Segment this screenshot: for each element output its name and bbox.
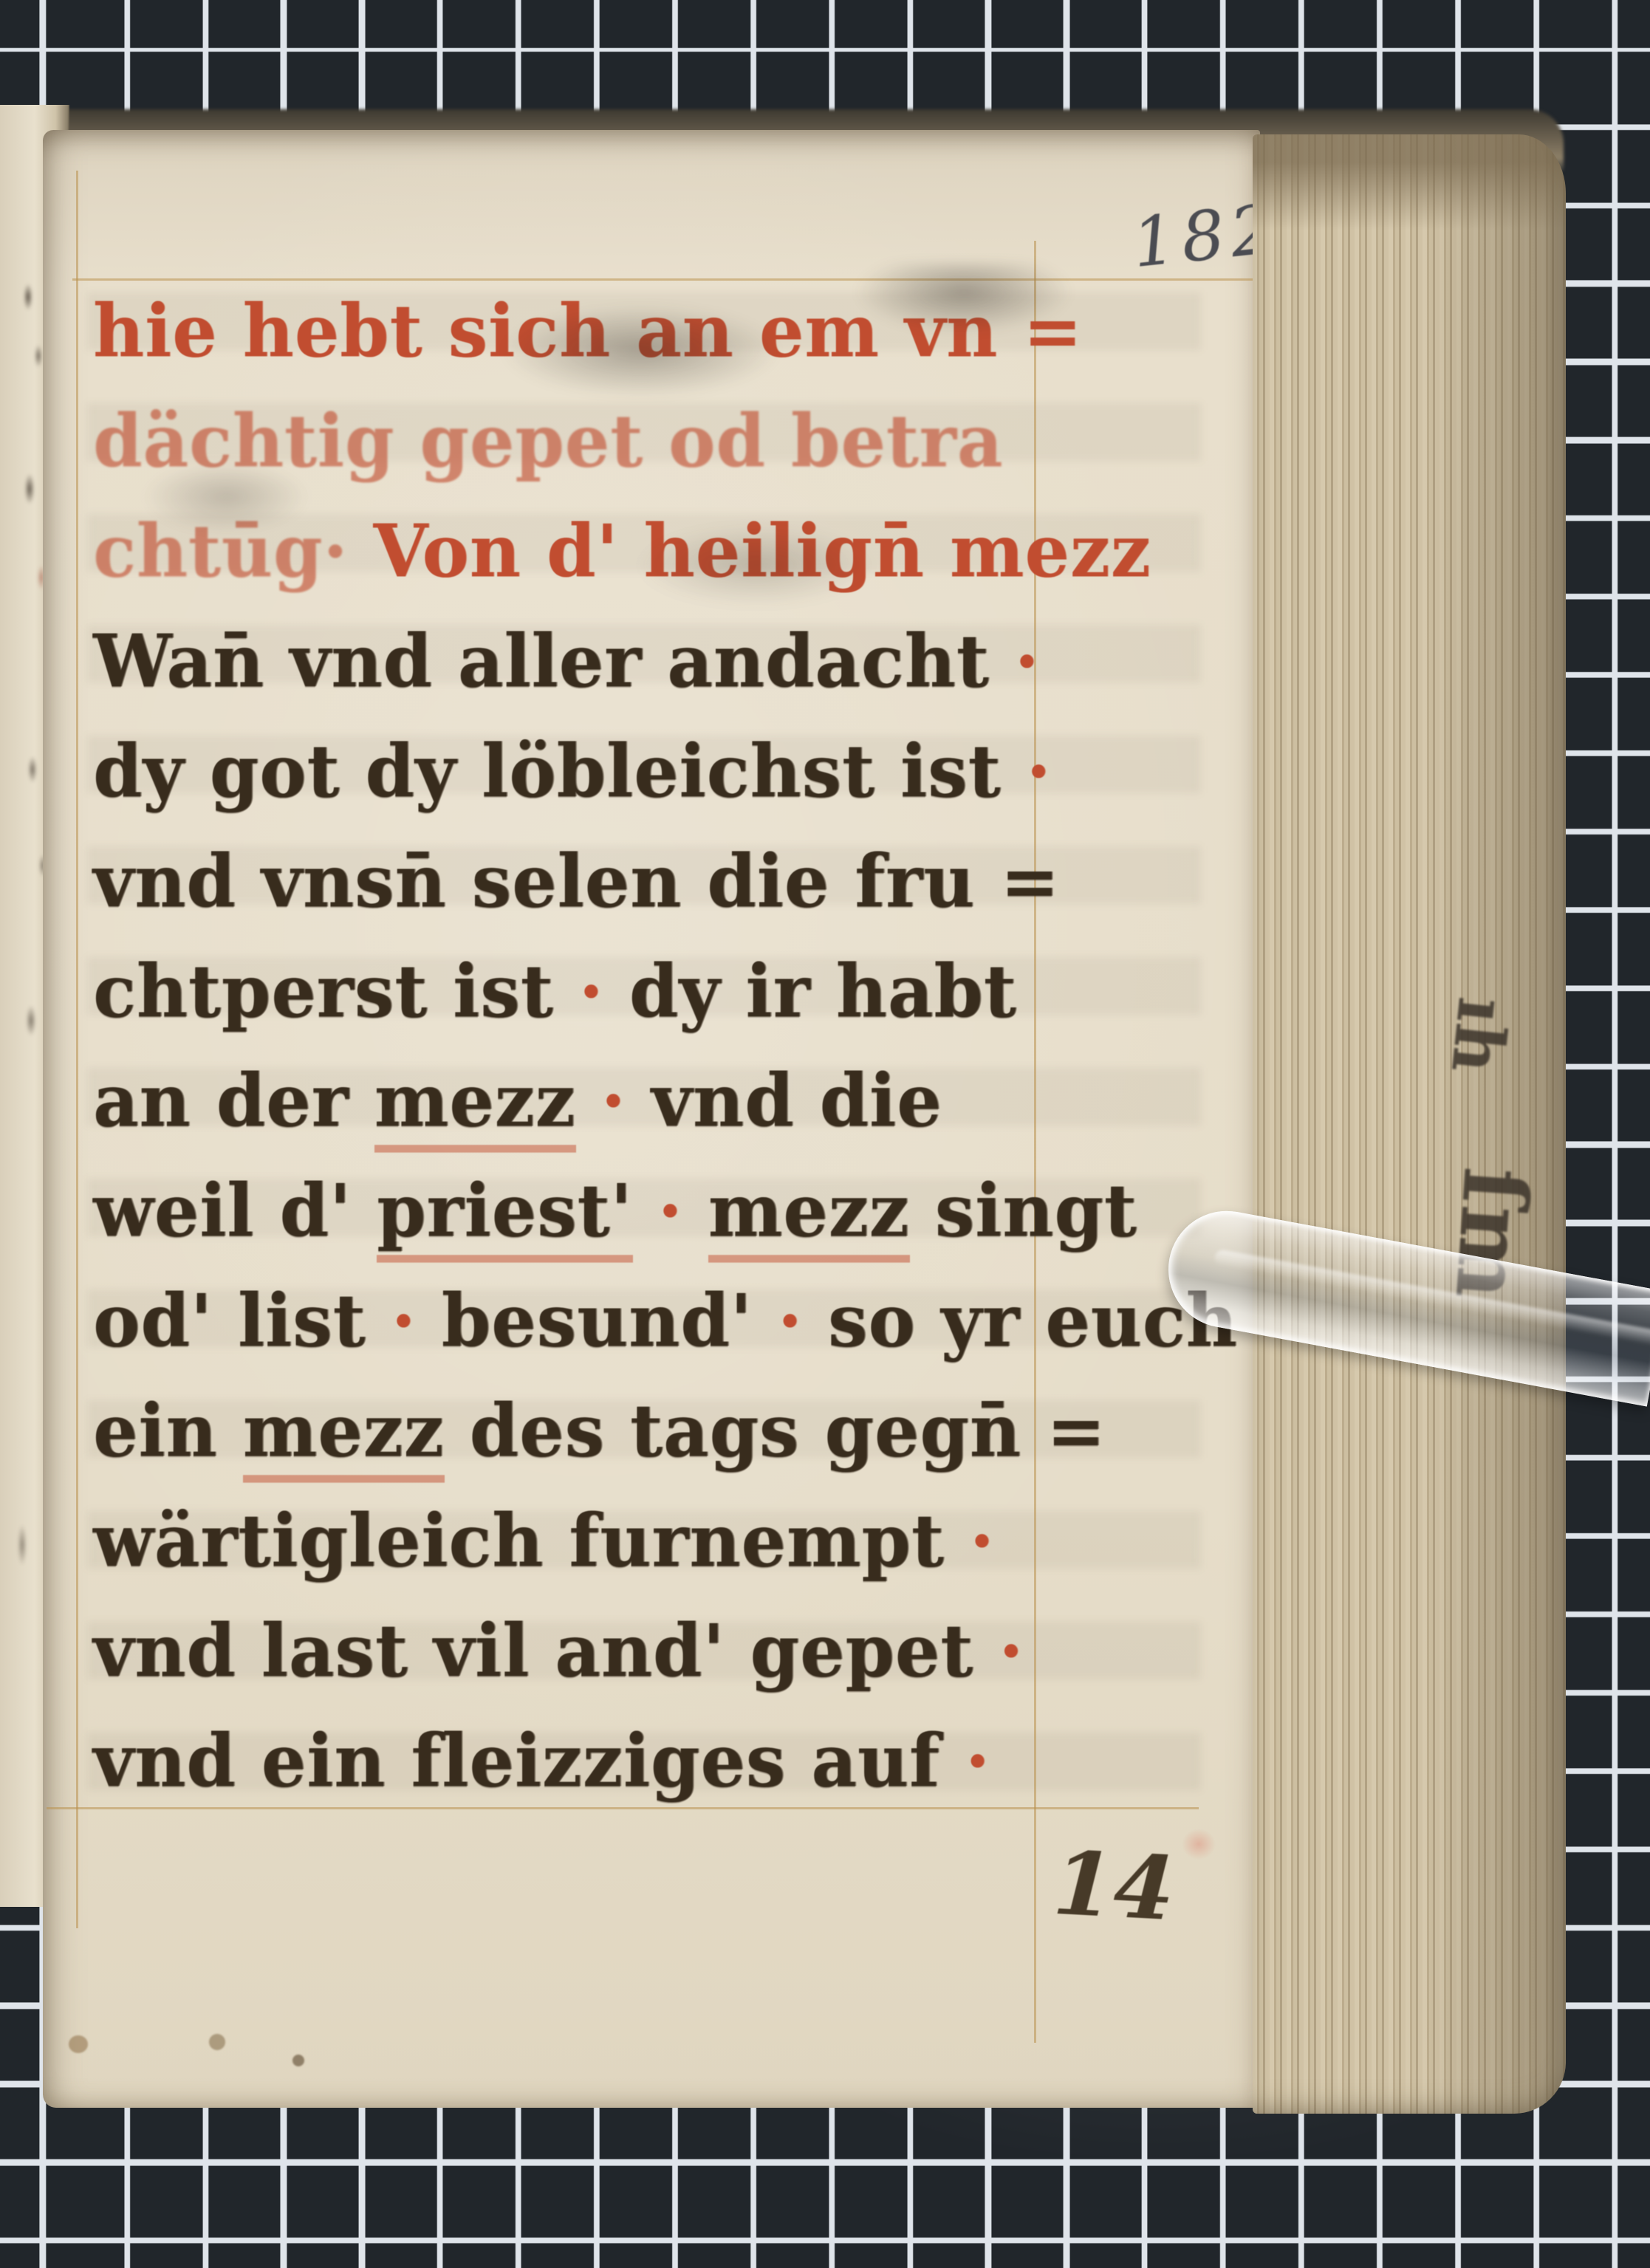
text-segment: an der	[93, 1058, 374, 1143]
text-segment: ·	[633, 1168, 708, 1253]
manuscript-page: 182 hie hebt sich an em vn =dächtig gepe…	[43, 130, 1260, 2108]
text-segment: mezz	[374, 1058, 576, 1153]
quire-mark: 14	[1050, 1832, 1177, 1940]
text-line: dy got dy löbleichst ist ·	[93, 720, 1216, 823]
text-line: dächtig gepet od betra	[93, 390, 1216, 493]
text-segment: singt	[910, 1168, 1137, 1253]
text-segment: ·	[576, 1058, 651, 1143]
text-segment: weil d'	[93, 1168, 377, 1253]
text-segment: ·	[940, 1719, 990, 1803]
text-segment: ·	[1001, 728, 1051, 813]
text-line: chtūg· Von d' heilign̄ mezz	[93, 500, 1216, 603]
text-segment: dächtig gepet od betra	[93, 399, 1003, 484]
text-segment: besund'	[442, 1278, 753, 1363]
text-segment: priest'	[377, 1168, 632, 1263]
text-segment: vnd die	[651, 1058, 942, 1143]
text-line: vnd ein fleizziges auf ·	[93, 1710, 1216, 1812]
photo-stage: 182 hie hebt sich an em vn =dächtig gepe…	[0, 0, 1650, 2268]
text-segment: mezz	[243, 1388, 445, 1483]
text-segment: ·	[990, 619, 1040, 704]
stain-spot	[209, 2034, 225, 2050]
text-segment: Wan̄ vnd aller andacht	[93, 619, 990, 704]
text-segment: chtūg·	[93, 509, 373, 594]
text-segment: dy got dy löbleichst ist	[93, 728, 1001, 813]
text-segment: Von d' heilign̄ mezz	[373, 509, 1151, 594]
stain-spot	[292, 2055, 304, 2066]
text-segment: ·	[973, 1609, 1024, 1693]
text-segment: od' list	[93, 1278, 366, 1363]
ruling-line-left	[76, 171, 78, 1928]
text-segment: vnd vnsn̄ selen die fru =	[93, 838, 1060, 923]
text-segment: ·	[945, 1498, 995, 1583]
fore-edge-pages	[1253, 134, 1566, 2114]
text-segment: hie hebt sich an em vn =	[93, 289, 1083, 374]
pink-stain	[1182, 1829, 1216, 1860]
text-segment: vnd last vil and' gepet	[93, 1609, 973, 1693]
text-line: ein mezz des tags gegn̄ =	[93, 1380, 1216, 1483]
text-line: wärtigleich furnempt ·	[93, 1490, 1216, 1592]
text-line: an der mezz · vnd die	[93, 1050, 1216, 1153]
text-segment: wärtigleich furnempt	[93, 1498, 945, 1583]
fore-edge-inscription: ıh	[1436, 994, 1523, 1078]
text-segment: chtperst ist	[93, 948, 554, 1033]
text-line: hie hebt sich an em vn =	[93, 280, 1216, 383]
text-segment: vnd ein fleizziges auf	[93, 1719, 940, 1803]
text-line: vnd vnsn̄ selen die fru =	[93, 830, 1216, 933]
text-segment: ·	[554, 948, 629, 1033]
text-line: od' list · besund' · so yr euch	[93, 1270, 1216, 1373]
text-segment: ·	[366, 1278, 442, 1363]
text-segment: ·	[753, 1278, 828, 1363]
text-segment: des tags gegn̄ =	[445, 1388, 1106, 1473]
text-line: vnd last vil and' gepet ·	[93, 1600, 1216, 1702]
text-segment: ein	[93, 1388, 243, 1473]
stain-spot	[69, 2035, 88, 2053]
manuscript-text-block: hie hebt sich an em vn =dächtig gepet od…	[93, 282, 1216, 1811]
text-line: chtperst ist · dy ir habt	[93, 940, 1216, 1043]
text-segment: mezz	[708, 1168, 910, 1263]
text-line: weil d' priest' · mezz singt	[93, 1160, 1216, 1263]
text-segment: dy ir habt	[629, 948, 1017, 1033]
text-line: Wan̄ vnd aller andacht ·	[93, 610, 1216, 713]
